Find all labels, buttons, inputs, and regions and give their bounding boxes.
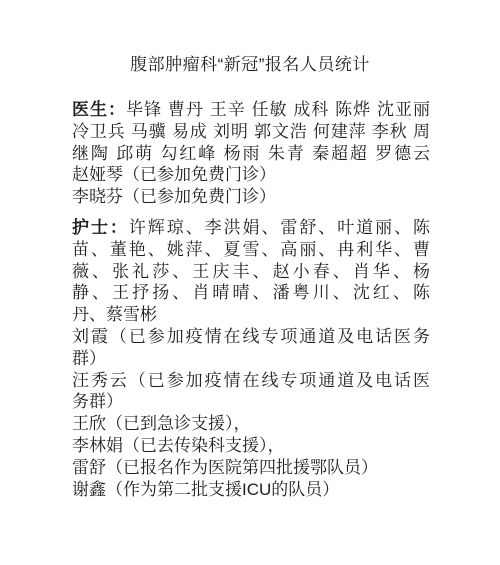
text-line: 静、王抒扬、肖晴晴、潘粤川、沈红、陈: [72, 282, 430, 304]
doctors-section: 医生：毕锋 曹丹 王辛 任敏 成科 陈烨 沈亚丽冷卫兵 马骥 易成 刘明 郭文浩…: [72, 99, 430, 208]
section-label: 护士：: [72, 218, 129, 237]
text-line: 群）: [72, 348, 430, 370]
text-line: 医生：毕锋 曹丹 王辛 任敏 成科 陈烨 沈亚丽: [72, 99, 430, 121]
text-line: 护士：许辉琼、李洪娟、雷舒、叶道丽、陈: [72, 217, 430, 239]
section-label: 医生：: [72, 100, 126, 119]
text-line: 丹、蔡雪彬: [72, 304, 430, 326]
page-title: 腹部肿瘤科“新冠”报名人员统计: [0, 54, 500, 76]
text-line: 赵娅琴（已参加免费门诊）: [72, 164, 430, 186]
document-page: 腹部肿瘤科“新冠”报名人员统计 医生：毕锋 曹丹 王辛 任敏 成科 陈烨 沈亚丽…: [0, 0, 500, 565]
text-line: 李晓芬（已参加免费门诊）: [72, 186, 430, 208]
text-line: 苗、董艳、姚萍、夏雪、高丽、冉利华、曹: [72, 239, 430, 261]
text-line: 李林娟（已去传染科支援），: [72, 435, 430, 457]
text-line: 继陶 邱萌 勾红峰 杨雨 朱青 秦超超 罗德云: [72, 143, 430, 165]
text-line: 雷舒（已报名作为医院第四批援鄂队员）: [72, 457, 430, 479]
text-line: 务群）: [72, 391, 430, 413]
nurses-section: 护士：许辉琼、李洪娟、雷舒、叶道丽、陈苗、董艳、姚萍、夏雪、高丽、冉利华、曹薇、…: [72, 217, 430, 500]
text-line: 冷卫兵 马骥 易成 刘明 郭文浩 何建萍 李秋 周: [72, 121, 430, 143]
text-line: 汪秀云（已参加疫情在线专项通道及电话医: [72, 370, 430, 392]
text-line: 谢鑫（作为第二批支援ICU的队员）: [72, 479, 430, 501]
text-line: 王欣（已到急诊支援），: [72, 413, 430, 435]
text-line: 刘霞（已参加疫情在线专项通道及电话医务: [72, 326, 430, 348]
text-line: 薇、张礼莎、王庆丰、赵小春、肖华、杨: [72, 261, 430, 283]
